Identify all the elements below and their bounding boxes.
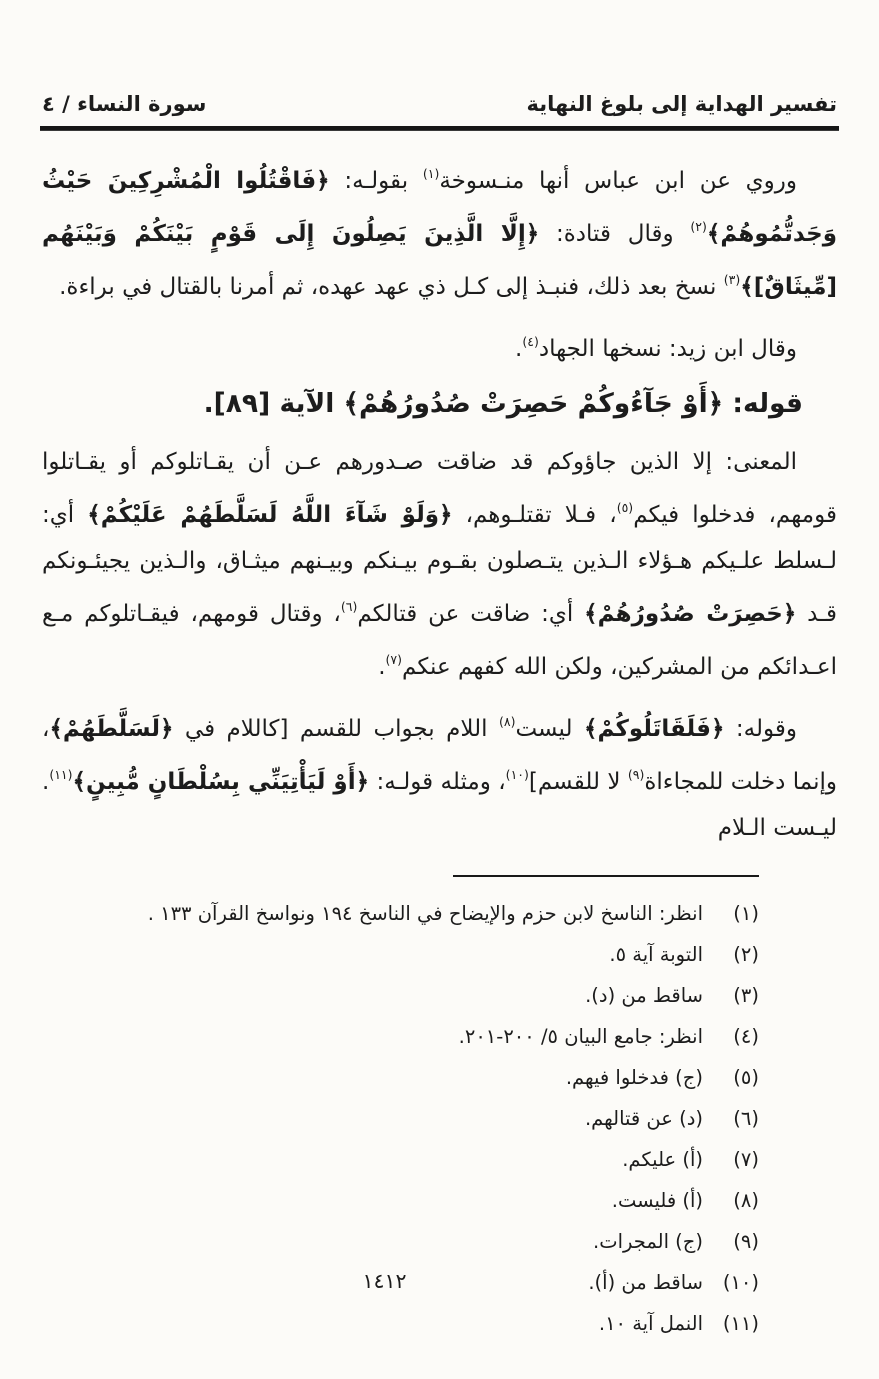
body-text: وروي عن ابن عباس أنها منـسوخة(١) بقولـه:… [42,151,837,851]
footnote-number: (٨) [703,1180,759,1221]
footnote-ref: (٣) [724,272,741,287]
body-paragraph: المعنى: إلا الذين جاؤوكم قد ضاقت صـدورهم… [42,439,837,690]
verse-heading-paragraph: قوله: ﴿أَوْ جَآءُوكُمْ حَصِرَتْ صُدُورُه… [42,381,837,427]
footnote-number: (٢) [703,934,759,975]
footnote-item: (٩)(ج) المجرات. [42,1221,759,1262]
footnote-text: (ج) فدخلوا فيهم. [42,1057,703,1098]
body-text-run: الآية [٨٩]. [204,388,344,419]
footnote-ref: (٨) [499,714,516,729]
footnote-item: (١)انظر: الناسخ لابن حزم والإيضاح في الن… [42,893,759,934]
body-text-run: وقوله: [724,716,797,742]
quran-quote: ﴿حَصِرَتْ صُدُورُهُمْ﴾ [584,601,796,627]
body-text-run: ، ومثله قولـه: [369,769,506,795]
footnote-text: (د) عن قتالهم. [42,1098,703,1139]
body-text-run: ليست [515,716,584,742]
quran-quote: ﴿وَلَوْ شَآءَ اللَّهُ لَسَلَّطَهُمْ عَلَ… [87,502,452,528]
body-text-run: وروي عن ابن عباس أنها منـسوخة [439,168,797,194]
body-text-run: لا للقسم] [529,769,628,795]
footnote-item: (٤)انظر: جامع البيان ٥/ ٢٠٠-٢٠١. [42,1016,759,1057]
footnote-text: (أ) عليكم. [42,1139,703,1180]
footnote-ref: (٦) [341,599,358,614]
footnote-text: (أ) فليست. [42,1180,703,1221]
footnote-item: (٨)(أ) فليست. [42,1180,759,1221]
body-text-run: بقولـه: [330,168,423,194]
running-title: تفسير الهداية إلى بلوغ النهاية [527,92,837,116]
footnote-item: (٥)(ج) فدخلوا فيهم. [42,1057,759,1098]
footnote-ref: (١١) [49,767,72,782]
footnote-item: (٦)(د) عن قتالهم. [42,1098,759,1139]
page-header: تفسير الهداية إلى بلوغ النهاية سورة النس… [0,0,879,116]
body-text-run: . [378,654,385,680]
body-text-run: وقال ابن زيد: نسخها الجهاد [539,336,797,362]
footnote-number: (٦) [703,1098,759,1139]
page-footer: ١٤١٢ [0,1269,769,1293]
footnote-ref: (٤) [522,334,539,349]
footnote-ref: (٢) [690,219,707,234]
footnote-text: النمل آية ١٠. [42,1303,703,1344]
footnote-number: (٥) [703,1057,759,1098]
footnote-divider [453,875,759,877]
body-text-run: أي: ضاقت عن قتالكم [357,601,584,627]
footnote-ref: (٥) [617,500,634,515]
footnote-ref: (٧) [386,652,403,667]
footnote-number: (٧) [703,1139,759,1180]
surah-page-label: سورة النساء / ٤ [42,92,206,116]
footnote-item: (٣)ساقط من (د). [42,975,759,1016]
footnote-text: انظر: الناسخ لابن حزم والإيضاح في الناسخ… [42,893,703,934]
footnote-ref: (١) [423,166,440,181]
footnote-item: (٢)التوبة آية ٥. [42,934,759,975]
body-text-run: ، فـلا تقتلـوهم، [452,502,616,528]
footnote-ref: (١٠) [506,767,529,782]
body-paragraph: وروي عن ابن عباس أنها منـسوخة(١) بقولـه:… [42,151,837,310]
quran-quote: ﴿فَلَقَاتَلُوكُمْ﴾ [584,716,724,742]
body-paragraph: وقال ابن زيد: نسخها الجهاد(٤). [42,319,837,372]
quran-quote: ﴿أَوْ جَآءُوكُمْ حَصِرَتْ صُدُورُهُمْ﴾ [344,388,724,419]
body-text-run: اللام بجواب للقسم [كاللام في [173,716,499,742]
footnote-number: (١) [703,893,759,934]
body-text-run: نسخ بعد ذلك، فنبـذ إلى كـل ذي عهد عهده، … [59,274,724,300]
body-text-run: قوله: [723,388,803,419]
footnote-number: (٣) [703,975,759,1016]
footnote-number: (٩) [703,1221,759,1262]
footnote-number: (١١) [703,1303,759,1344]
footnote-text: (ج) المجرات. [42,1221,703,1262]
footnote-item: (٧)(أ) عليكم. [42,1139,759,1180]
body-paragraph: وقوله: ﴿فَلَقَاتَلُوكُمْ﴾ ليست(٨) اللام … [42,699,837,851]
footnote-text: انظر: جامع البيان ٥/ ٢٠٠-٢٠١. [42,1016,703,1057]
quran-quote: ﴿أَوْ لَيَأْتِيَنِّي بِسُلْطَانٍ مُّبِين… [73,769,370,795]
footnote-ref: (٩) [628,767,645,782]
quran-quote: ﴿لَسَلَّطَهُمْ﴾ [49,716,173,742]
footnote-item: (١١)النمل آية ١٠. [42,1303,759,1344]
page-number: ١٤١٢ [362,1269,406,1293]
footnote-number: (٤) [703,1016,759,1057]
footnote-text: التوبة آية ٥. [42,934,703,975]
body-text-run: وقال قتادة: [539,221,690,247]
footnote-text: ساقط من (د). [42,975,703,1016]
header-rule [40,126,839,131]
book-page: تفسير الهداية إلى بلوغ النهاية سورة النس… [0,0,879,1379]
